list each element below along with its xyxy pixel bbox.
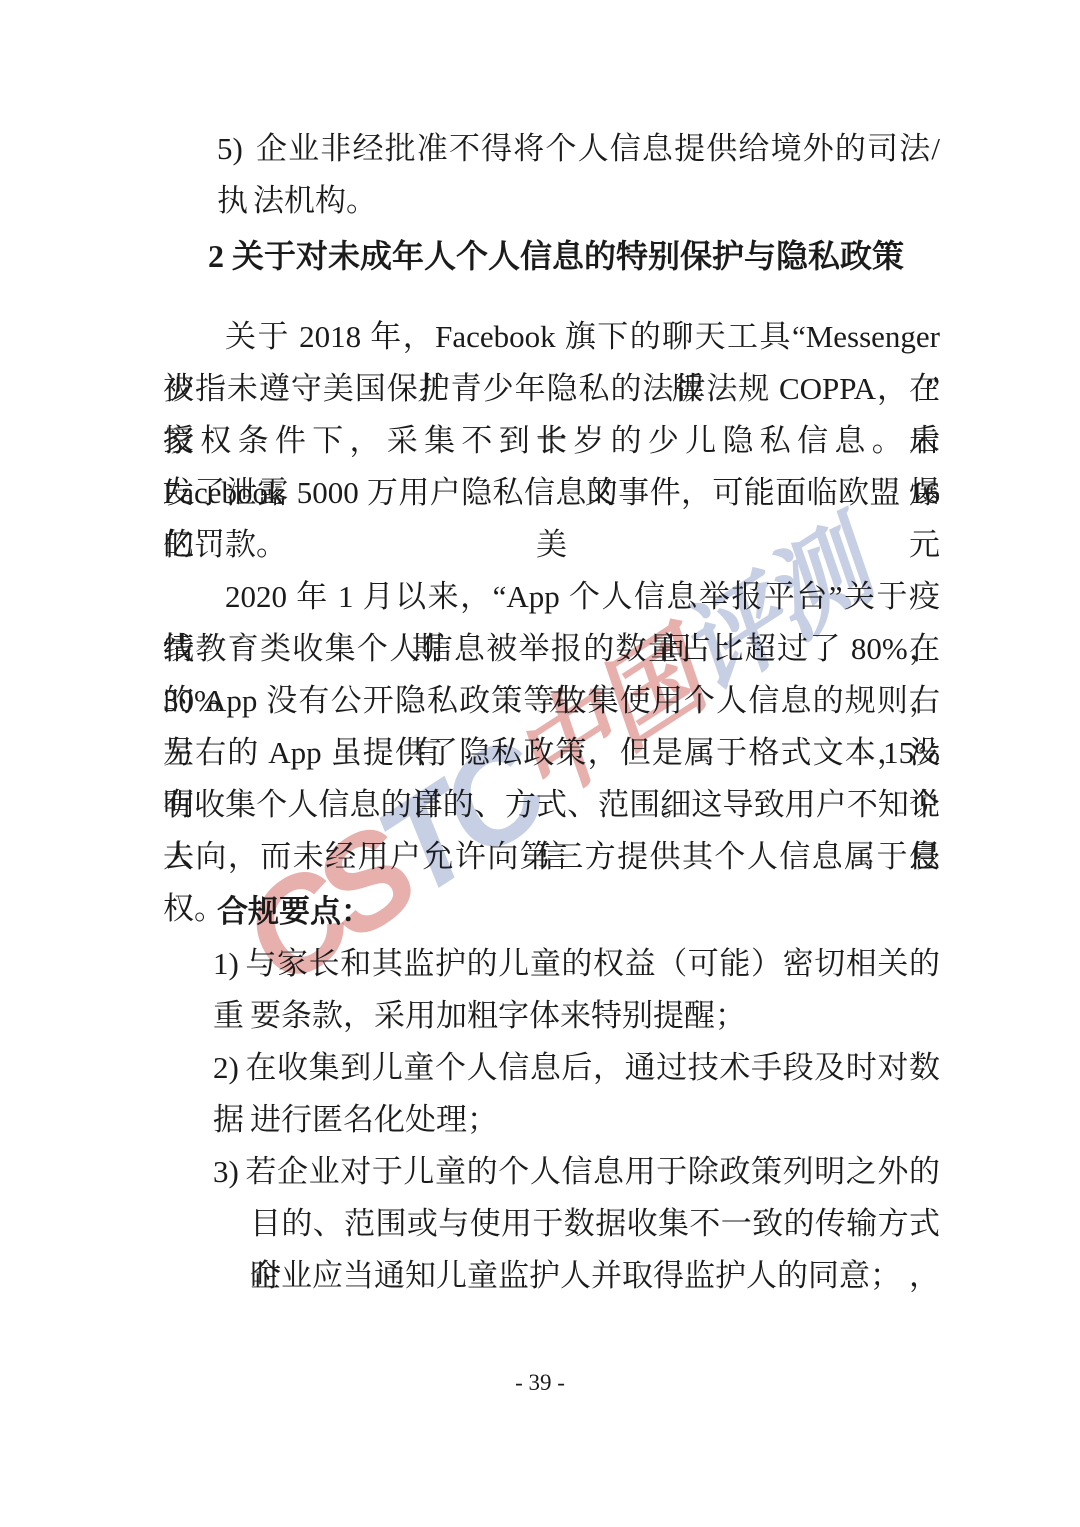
paragraph-app-report: 2020 年 1 月以来，“App 个人信息举报平台”关于疫情期间在 线教育类收… — [163, 571, 940, 883]
compliance-item-2-cont: 进行匿名化处理； — [163, 1094, 940, 1146]
paragraph-line: 发了泄露 5000 万用户隐私信息的事件，可能面临欧盟 16 亿美元 — [163, 467, 940, 519]
paragraph-line: 左右的 App 虽提供了隐私政策，但是属于格式文本，没有详细说 — [163, 727, 940, 779]
item-2-number: 2) — [213, 1050, 239, 1085]
document-page: CSTC中国评测 5)企业非经批准不得将个人信息提供给境外的司法/执 法机构。 … — [0, 0, 1080, 1527]
clause-5-line-2: 法机构。 — [163, 175, 940, 227]
page-number: - 39 - — [0, 1365, 1080, 1401]
compliance-item-1-cont: 要条款，采用加粗字体来特别提醒； — [163, 990, 940, 1042]
item-3-number: 3) — [213, 1154, 239, 1189]
paragraph-line: 关于 2018 年，Facebook 旗下的聊天工具“Messenger 少儿版… — [163, 311, 940, 363]
paragraph-line: 线教育类收集个人信息被举报的数量占比超过了 80%，30%左右 — [163, 623, 940, 675]
paragraph-line: 的 App 没有公开隐私政策等收集使用个人信息的规则，另有 15% — [163, 675, 940, 727]
item-1-number: 1) — [213, 946, 239, 981]
paragraph-line: 2020 年 1 月以来，“App 个人信息举报平台”关于疫情期间在 — [163, 571, 940, 623]
compliance-item-3: 3)若企业对于儿童的个人信息用于除政策列明之外的 — [163, 1146, 940, 1198]
clause-5-number: 5) — [217, 131, 243, 166]
paragraph-line: 明收集个人信息的目的、方式、范围。这导致用户不知个人信息 — [163, 779, 940, 831]
item-3-text: 若企业对于儿童的个人信息用于除政策列明之外的 — [245, 1154, 940, 1189]
paragraph-line: 授权条件下，采集不到十岁的少儿隐私信息。后 Facebook 又爆 — [163, 415, 940, 467]
paragraph-line: 被指未遵守美国保护青少年隐私的法律法规 COPPA，在家长未 — [163, 363, 940, 415]
compliance-item-3-cont: 目的、范围或与使用于数据收集不一致的传输方式时， — [163, 1198, 940, 1250]
paragraph-line: 去向，而未经用户允许向第三方提供其个人信息属于侵权。 — [163, 831, 940, 883]
compliance-item-2: 2)在收集到儿童个人信息后，通过技术手段及时对数据 — [163, 1042, 940, 1094]
section-heading: 2 关于对未成年人个人信息的特别保护与隐私政策 — [163, 230, 940, 282]
compliance-points-label: 合规要点： — [163, 886, 940, 938]
compliance-item-1: 1)与家长和其监护的儿童的权益（可能）密切相关的重 — [163, 938, 940, 990]
paragraph-facebook: 关于 2018 年，Facebook 旗下的聊天工具“Messenger 少儿版… — [163, 311, 940, 571]
document-body: 5)企业非经批准不得将个人信息提供给境外的司法/执 法机构。 2 关于对未成年人… — [163, 123, 940, 1302]
compliance-item-3-cont: 企业应当通知儿童监护人并取得监护人的同意； — [163, 1250, 940, 1302]
clause-5-line-1: 5)企业非经批准不得将个人信息提供给境外的司法/执 — [163, 123, 940, 175]
